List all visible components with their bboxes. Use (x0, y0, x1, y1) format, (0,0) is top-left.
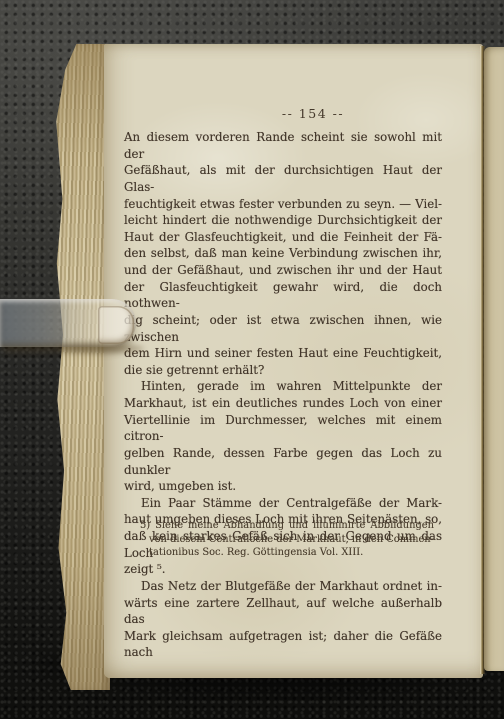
text-line: zeigt ⁵. (124, 561, 442, 578)
text-line: Mark gleichsam aufgetragen ist; daher di… (124, 628, 442, 661)
text-line: Markhaut, ist ein deutliches rundes Loch… (124, 395, 442, 412)
page-number: -- 154 -- (124, 106, 442, 121)
body-text: An diesem vorderen Rande scheint sie sow… (124, 129, 442, 661)
text-line: An diesem vorderen Rande scheint sie sow… (124, 129, 442, 162)
footnote-line: tationibus Soc. Reg. Göttingensia Vol. X… (140, 546, 434, 560)
text-line: wird, umgeben ist. (124, 478, 442, 495)
footnote-line: 5) Siehe meine Abhandlung und illuminirt… (140, 519, 434, 533)
text-line: Hinten, gerade im wahren Mittelpunkte de… (124, 378, 442, 395)
text-line: dem Hirn und seiner festen Haut eine Feu… (124, 345, 442, 362)
text-line: Haut der Glasfeuchtigkeit, und die Feinh… (124, 229, 442, 246)
text-line: und der Gefäßhaut, und zwischen ihr und … (124, 262, 442, 279)
text-line: Ein Paar Stämme der Centralgefäße der Ma… (124, 495, 442, 512)
text-line: feuchtigkeit etwas fester verbunden zu s… (124, 196, 442, 213)
text-line: gelben Rande, dessen Farbe gegen das Loc… (124, 445, 442, 478)
footnote-line: von diesem Centralloche der Markhaut, in… (140, 533, 434, 547)
text-line: wärts eine zartere Zellhaut, auf welche … (124, 595, 442, 628)
text-line: Das Netz der Blutgefäße der Markhaut ord… (124, 578, 442, 595)
footnote: 5) Siehe meine Abhandlung und illuminirt… (140, 519, 434, 560)
facing-page-edge (484, 47, 504, 671)
book-photo-scene: -- 154 -- An diesem vorderen Rande schei… (0, 0, 504, 719)
text-line: den selbst, daß man keine Verbindung zwi… (124, 245, 442, 262)
page-holder-shadow (58, 344, 144, 353)
text-line: der Glasfeuchtigkeit gewahr wird, die do… (124, 279, 442, 312)
text-line: Gefäßhaut, als mit der durchsichtigen Ha… (124, 162, 442, 195)
text-line: leicht hindert die nothwendige Durchsich… (124, 212, 442, 229)
text-line: Viertellinie im Durchmesser, welches mit… (124, 412, 442, 445)
text-line: die sie getrennt erhält? (124, 362, 442, 379)
glass-page-holder-tip (98, 306, 134, 344)
text-line: dig scheint; oder ist etwa zwischen ihne… (124, 312, 442, 345)
